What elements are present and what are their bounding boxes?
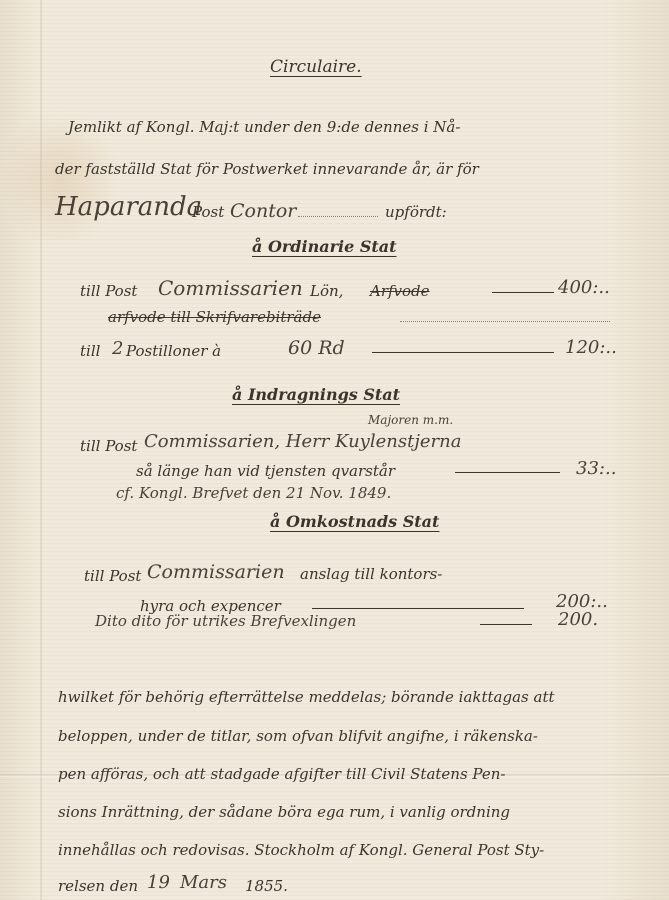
handwritten-title: Commissarien (158, 276, 303, 300)
line-text: Postilloner à (126, 342, 221, 360)
office-name: Haparanda (55, 192, 202, 222)
handwritten-title: Commissarien (147, 561, 285, 583)
amount-rule (455, 472, 560, 473)
line-prefix: till Post (84, 567, 141, 585)
amount: 200. (558, 609, 598, 630)
office-type-printed: Post (192, 203, 224, 221)
section-heading-ordinarie: å Ordinarie Stat (252, 237, 397, 256)
office-suffix: upfördt: (385, 203, 447, 221)
dotted-leader (400, 320, 610, 322)
intro-line-1: Jemlikt af Kongl. Maj:t under den 9:de d… (68, 118, 460, 136)
line-text: så länge han vid tjensten qvarstår (136, 462, 395, 480)
date-month: Mars (180, 872, 227, 893)
handwritten-name: Commissarien, Herr Kuylenstjerna (144, 431, 462, 452)
struck-word: Arfvode (370, 282, 430, 300)
section-heading-omkostnads: å Omkostnads Stat (270, 512, 439, 531)
document-title: Circulaire. (270, 57, 362, 77)
handwritten-count: 2 (112, 338, 123, 359)
struck-line: arfvode till Skrifvarebiträde (108, 308, 321, 326)
line-prefix: till Post (80, 437, 137, 455)
amount: 400:.. (558, 277, 610, 298)
line-text: anslag till kontors- (300, 565, 442, 583)
line-prefix: till Post (80, 282, 137, 300)
closing-line-4: sions Inrättning, der sådane böra ega ru… (58, 803, 510, 821)
amount-rule (480, 624, 532, 625)
paper-fold-vertical (40, 0, 42, 900)
section-heading-indragnings: å Indragnings Stat (232, 385, 400, 404)
amount: 33:.. (576, 458, 616, 479)
date-day: 19 (147, 872, 170, 893)
handwritten-insert: Majoren m.m. (368, 413, 453, 427)
amount: 120:.. (565, 337, 617, 358)
handwritten-note: Dito dito för utrikes Brefvexlingen (95, 612, 356, 630)
amount-rule (312, 608, 524, 609)
intro-line-2: der fastställd Stat för Postwerket innev… (55, 160, 479, 178)
office-type-hand: Contor (230, 200, 296, 222)
closing-line-3: pen afföras, och att stadgade afgifter t… (58, 765, 505, 783)
line-text: Lön, (310, 282, 343, 300)
handwritten-note: cf. Kongl. Brefvet den 21 Nov. 1849. (116, 484, 391, 502)
closing-line-5: innehållas och redovisas. Stockholm af K… (58, 841, 544, 859)
date-prefix: relsen den (58, 877, 138, 895)
handwritten-rate: 60 Rd (288, 337, 345, 359)
closing-line-1: hwilket för behörig efterrättelse meddel… (58, 688, 555, 706)
closing-line-2: beloppen, under de titlar, som ofvan bli… (58, 727, 538, 745)
line-prefix: till (80, 342, 100, 360)
date-year: 1855. (245, 877, 288, 895)
amount-rule (492, 292, 554, 293)
amount-rule (372, 352, 554, 353)
dotted-leader (298, 215, 378, 217)
